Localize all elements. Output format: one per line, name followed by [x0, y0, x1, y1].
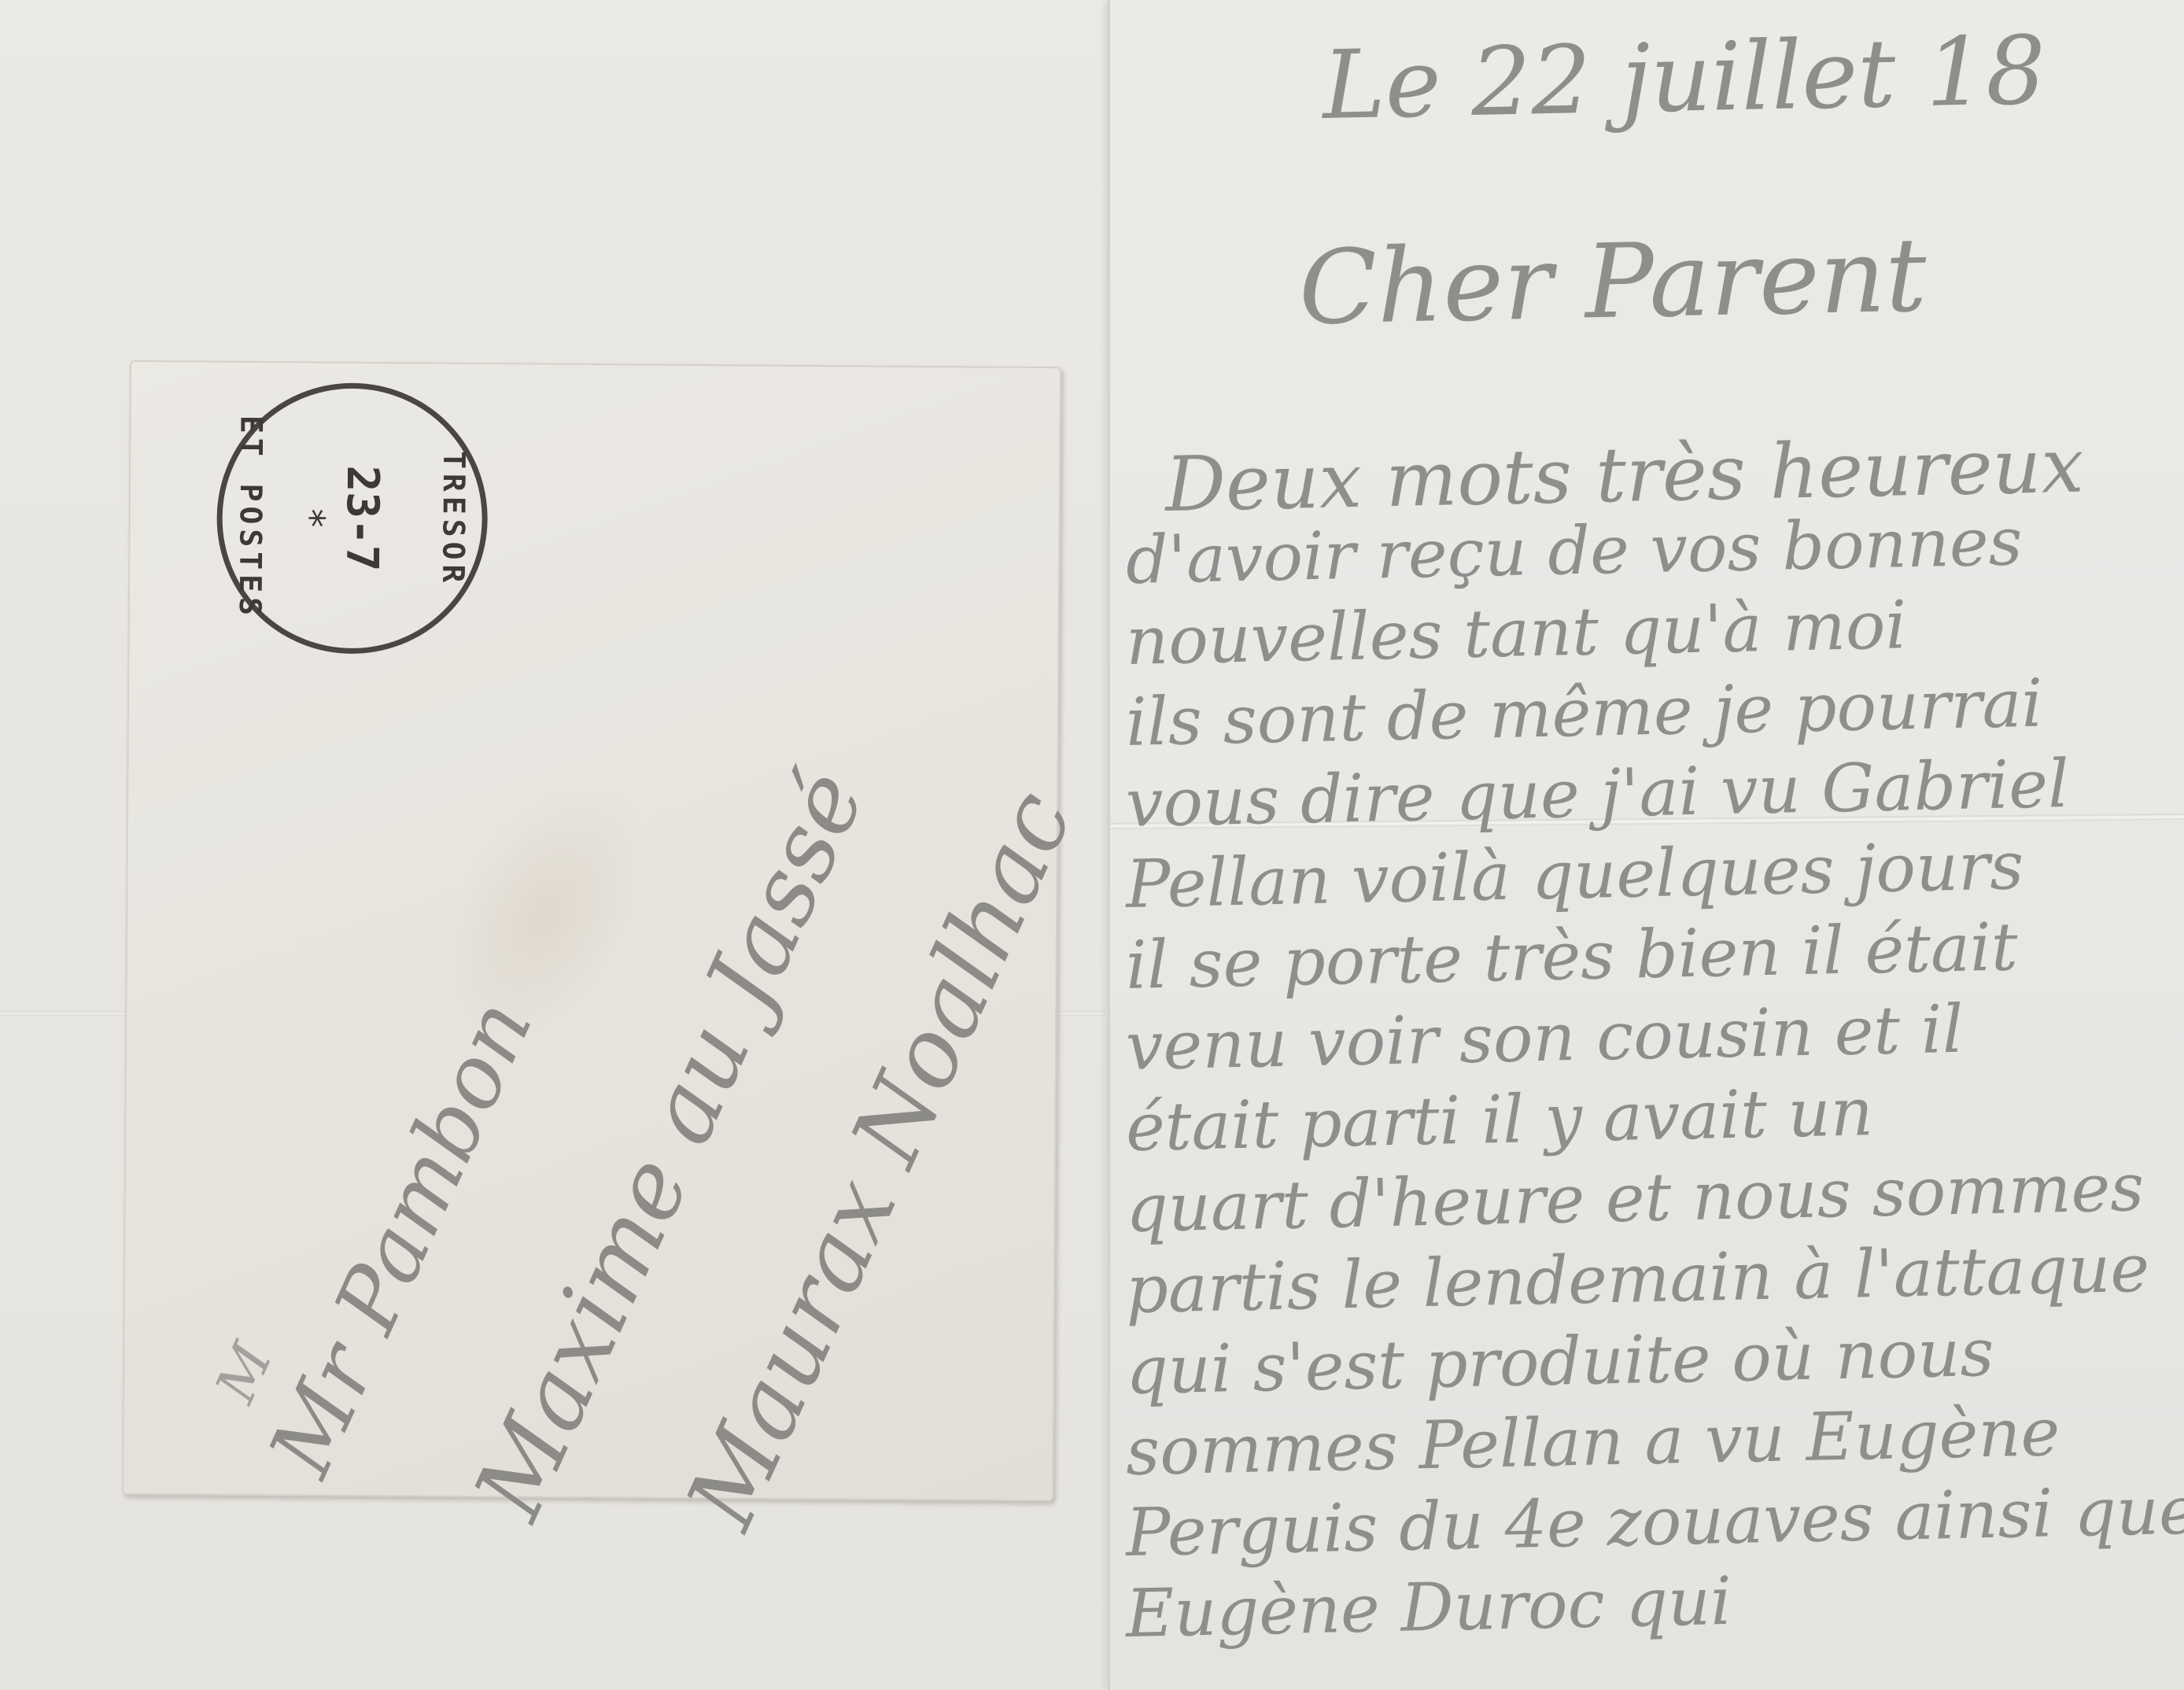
postmark-star-icon: *	[288, 388, 334, 648]
envelope: TRESOR 23-7 * ET POSTES M Mr Pambon Maxi…	[122, 360, 1061, 1501]
postmark-bottom-text: ET POSTES	[233, 388, 269, 648]
postmark-top-text: TRESOR	[435, 389, 471, 649]
letter-body-line: ils sont de même je pourrai	[1125, 665, 2043, 761]
letter-body-line: était parti il y avait un	[1125, 1073, 1874, 1166]
letter-body-line: venu voir son cousin et il	[1125, 991, 1964, 1085]
letter-body-line: qui s'est produite où nous	[1125, 1314, 1994, 1409]
letter-body-line: vous dire que j'ai vu Gabriel	[1125, 745, 2070, 842]
letter-body-line: il se porte très bien il était	[1125, 908, 2019, 1004]
letter-body-line: partis le lendemain à l'attaque	[1125, 1230, 2150, 1328]
letter-salutation: Cher Parent	[1297, 215, 1928, 348]
letter-date: Le 22 juillet 18	[1322, 17, 2047, 141]
letter-page: Le 22 juillet 18 Cher Parent Deux mots t…	[1108, 0, 2184, 1690]
letter-body-line: nouvelles tant qu'à moi	[1125, 586, 1907, 680]
postmark-stamp: TRESOR 23-7 * ET POSTES	[216, 382, 488, 655]
letter-body-line: Eugène Duroc qui	[1125, 1563, 1732, 1652]
letter-body-line: sommes Pellan a vu Eugène	[1125, 1393, 2060, 1490]
letter-body-line: Pellan voilà quelques jours	[1125, 827, 2024, 923]
postmark-date: 23-7	[336, 389, 389, 648]
